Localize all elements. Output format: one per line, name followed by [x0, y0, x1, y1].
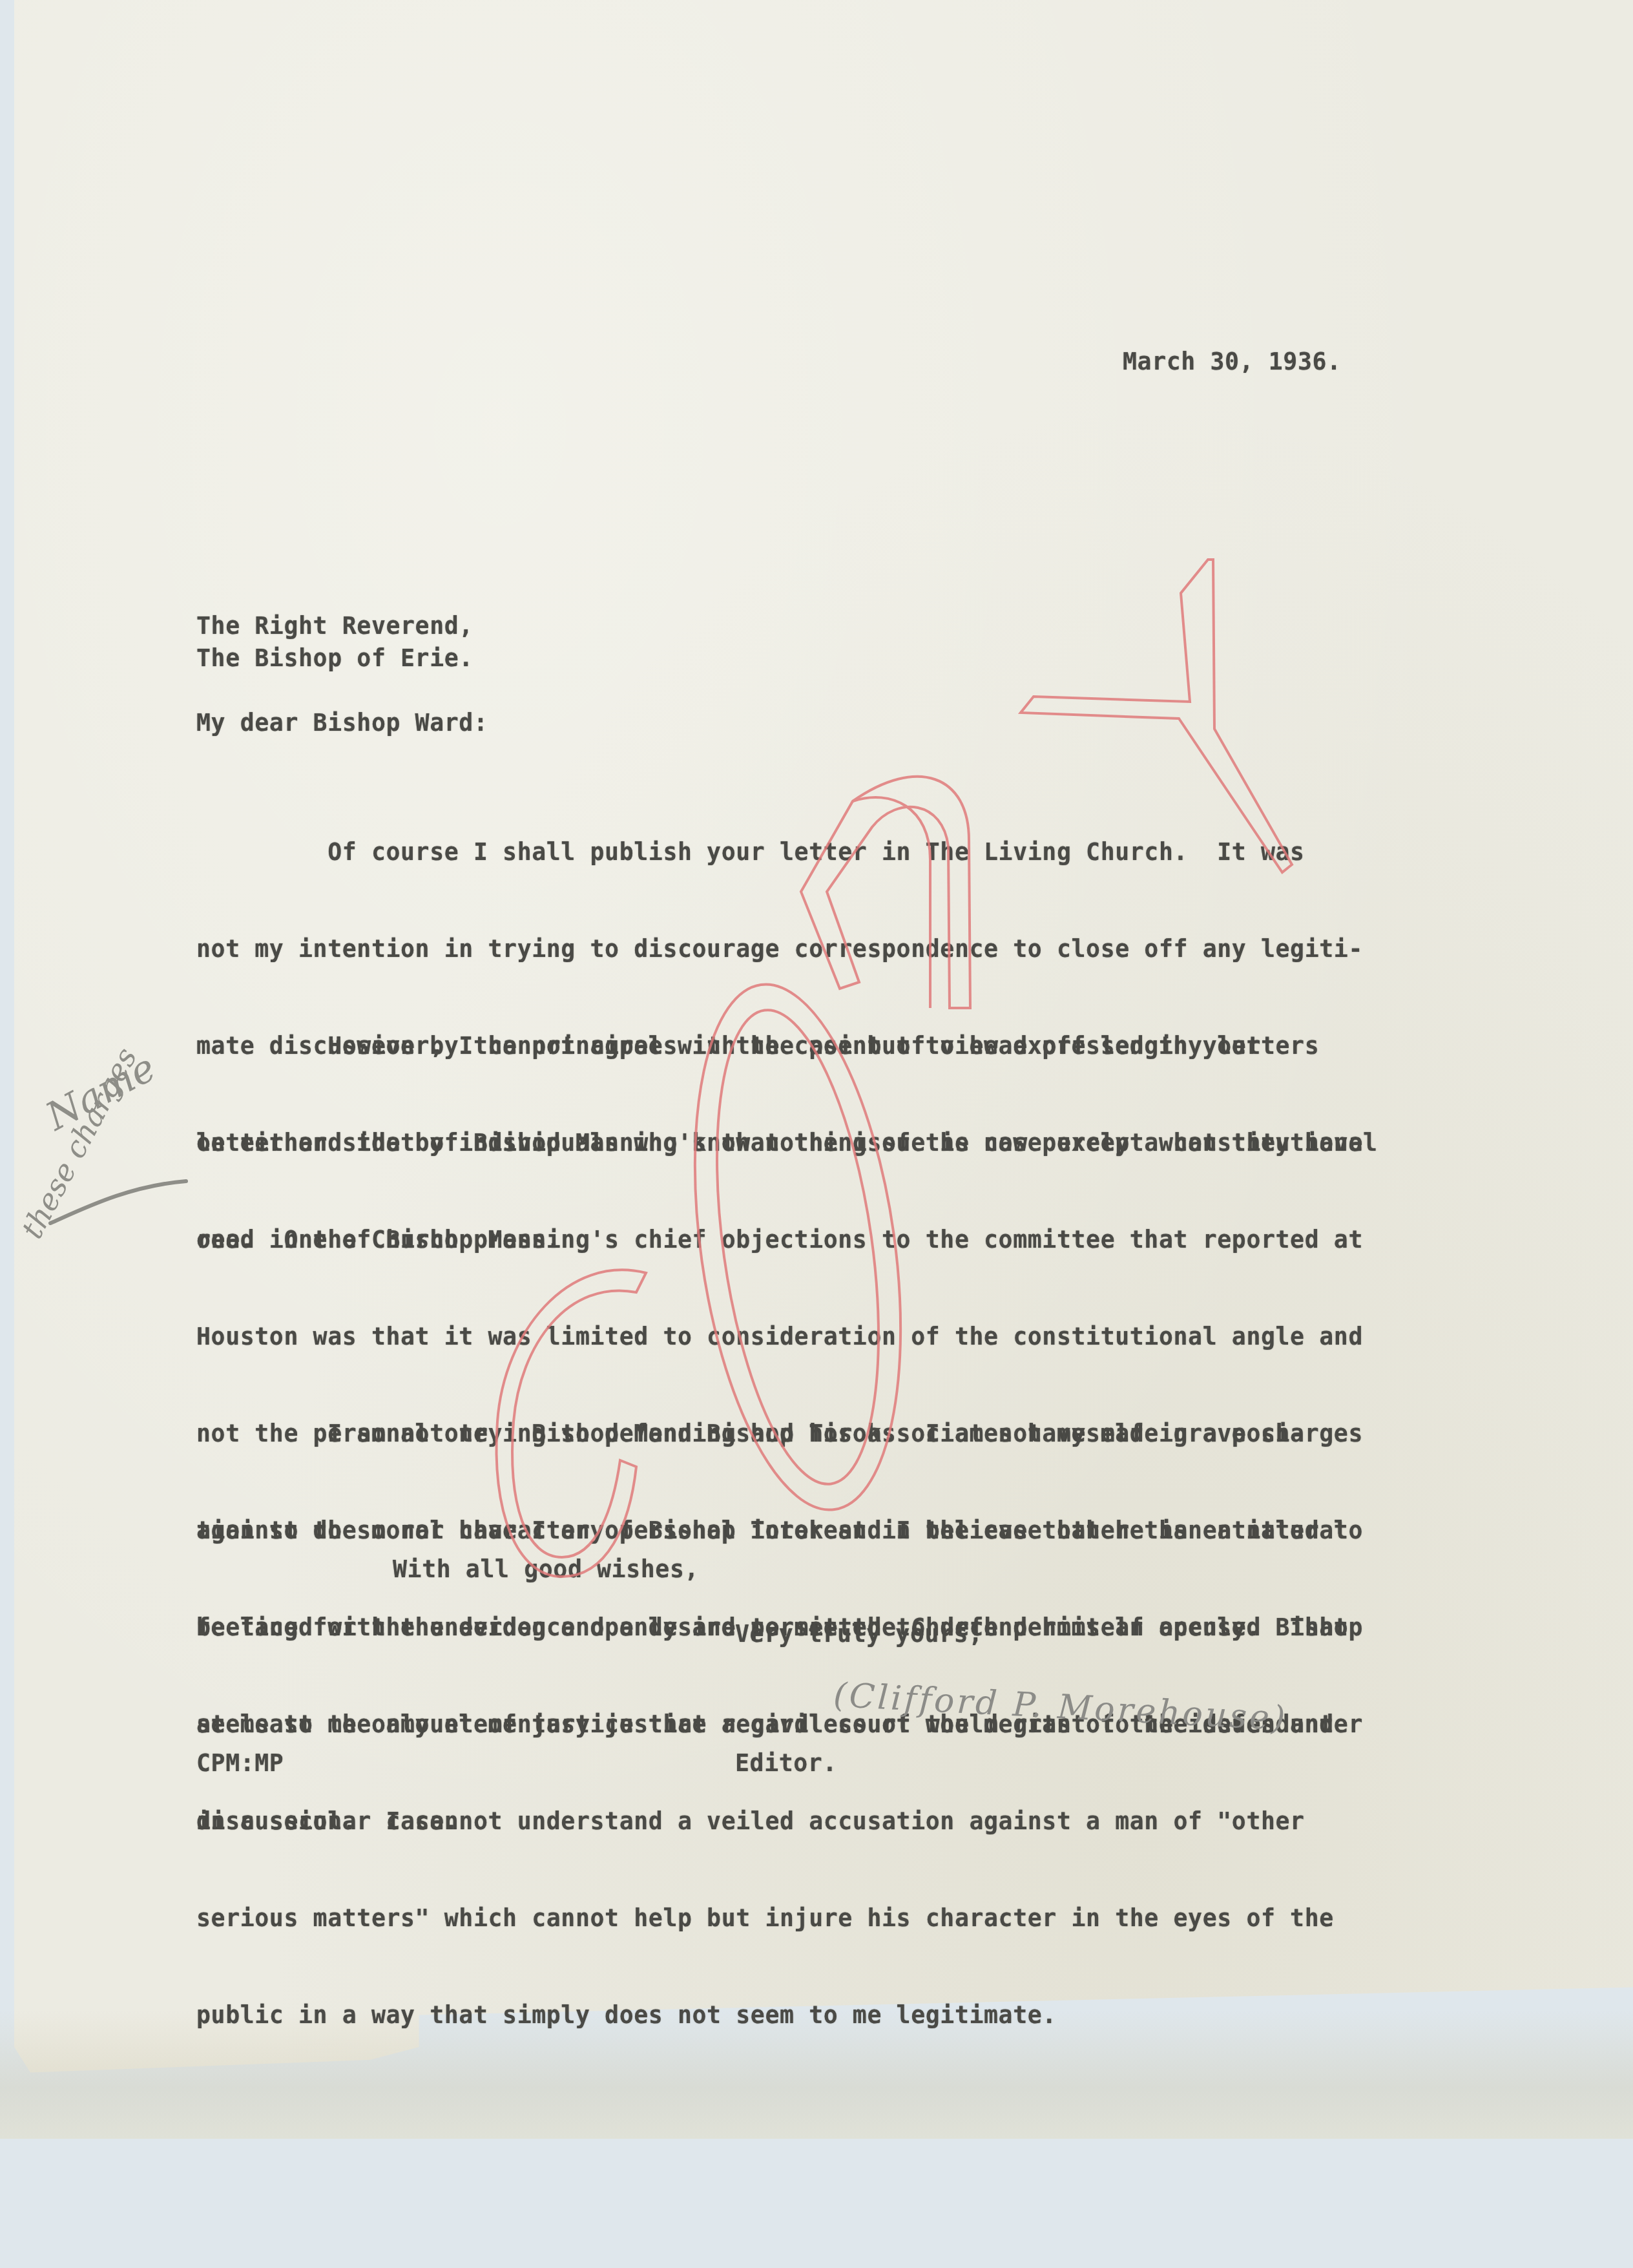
reference-initials: CPM:MP — [196, 1747, 284, 1780]
paragraph-line: Houston was that it was limited to consi… — [196, 1321, 1540, 1353]
recipient-line-1: The Right Reverend, — [196, 610, 473, 642]
paragraph-line: Of course I shall publish your letter in… — [196, 836, 1540, 868]
signer-title: Editor. — [735, 1747, 837, 1780]
paragraph-line: not my intention in trying to discourage… — [196, 933, 1540, 965]
recipient-line-2: The Bishop of Erie. — [196, 642, 473, 675]
closing-wish: With all good wishes, — [393, 1553, 699, 1586]
paragraph-line: letter and that of Bishop Manning's that… — [196, 1127, 1540, 1159]
letter-date: March 30, 1936. — [1123, 346, 1342, 378]
paragraph-line: I am not trying to defend Bishop Torok. … — [196, 1418, 1540, 1450]
salutation: My dear Bishop Ward: — [196, 707, 488, 739]
paragraph-line: one. One of Bishop Manning's chief objec… — [196, 1224, 1540, 1256]
valediction: Very truly yours, — [735, 1618, 983, 1650]
paragraph-3: I am not trying to defend Bishop Torok. … — [196, 1353, 1540, 1870]
paragraph-line: tion to do so nor have I any personal in… — [196, 1515, 1540, 1547]
paragraph-line: serious matters" which cannot help but i… — [196, 1902, 1540, 1935]
paragraph-line: public in a way that simply does not see… — [196, 1999, 1540, 2032]
paragraph-line: in a secular case. — [196, 1805, 1540, 1838]
paragraph-line: However, I cannot agree with the point o… — [196, 1030, 1540, 1062]
